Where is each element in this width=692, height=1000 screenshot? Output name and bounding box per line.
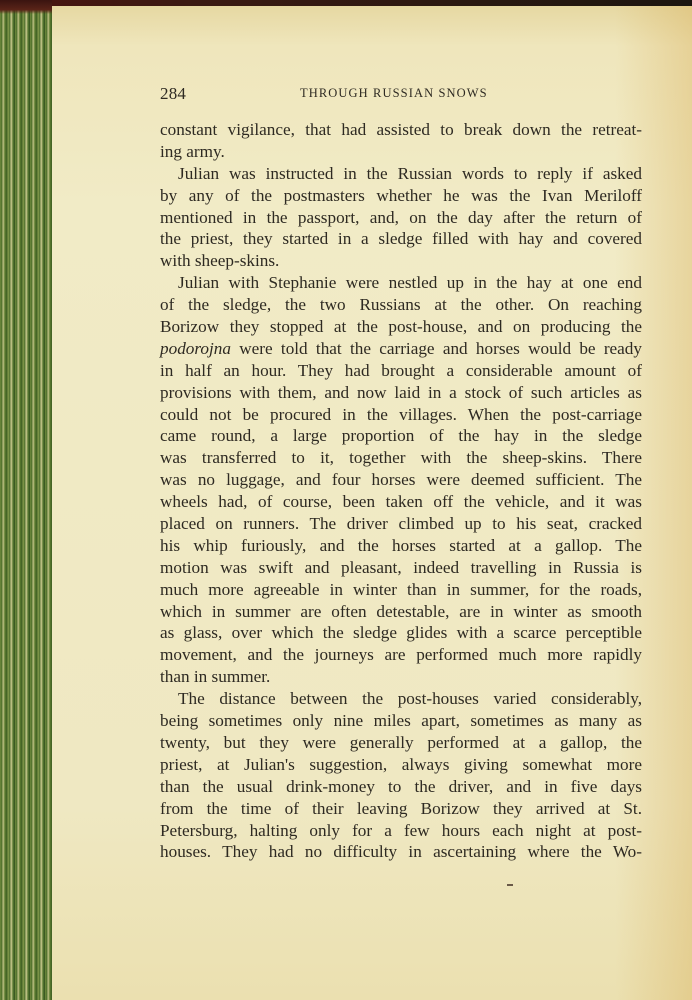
- text-line: than the usual drink-money to the driver…: [160, 776, 642, 798]
- text-line: constant vigilance, that had assisted to…: [160, 119, 642, 141]
- text-line: was transferred to it, together with the…: [160, 447, 642, 469]
- page-header: 284 THROUGH RUSSIAN SNOWS: [160, 84, 642, 108]
- page-sheet: 284 THROUGH RUSSIAN SNOWS constant vigil…: [52, 6, 692, 1000]
- running-head: THROUGH RUSSIAN SNOWS: [300, 86, 488, 101]
- text-line: with sheep-skins.: [160, 250, 642, 272]
- text-line: was no luggage, and four horses were dee…: [160, 469, 642, 491]
- scanned-book-page: 284 THROUGH RUSSIAN SNOWS constant vigil…: [0, 0, 692, 1000]
- text-line: movement, and the journeys are performed…: [160, 644, 642, 666]
- text-line: came round, a large proportion of the ha…: [160, 425, 642, 447]
- text-line: twenty, but they were generally performe…: [160, 732, 642, 754]
- text-line: in half an hour. They had brought a cons…: [160, 360, 642, 382]
- body-text: constant vigilance, that had assisted to…: [160, 119, 642, 863]
- text-line: Petersburg, halting only for a few hours…: [160, 820, 642, 842]
- text-line: wheels had, of course, been taken off th…: [160, 491, 642, 513]
- text-line: by any of the postmasters whether he was…: [160, 185, 642, 207]
- text-line: mentioned in the passport, and, on the d…: [160, 207, 642, 229]
- text-line: much more agreeable in winter than in su…: [160, 579, 642, 601]
- book-page-edges: [0, 0, 52, 1000]
- text-line: placed on runners. The driver climbed up…: [160, 513, 642, 535]
- italic-term: podorojna: [160, 339, 231, 358]
- text-line: podorojna were told that the carriage an…: [160, 338, 642, 360]
- text-line: Julian was instructed in the Russian wor…: [160, 163, 642, 185]
- text-line: could not be procured in the villages. W…: [160, 404, 642, 426]
- text-line: which in summer are often detestable, ar…: [160, 601, 642, 623]
- text-line: being sometimes only nine miles apart, s…: [160, 710, 642, 732]
- text-line: the priest, they started in a sledge fil…: [160, 228, 642, 250]
- text-line: priest, at Julian's suggestion, always g…: [160, 754, 642, 776]
- text-line: from the time of their leaving Borizow t…: [160, 798, 642, 820]
- text-line: his whip furiously, and the horses start…: [160, 535, 642, 557]
- page-number: 284: [160, 84, 186, 104]
- text-line: than in summer.: [160, 666, 642, 688]
- print-mark: [507, 884, 513, 886]
- text-line: motion was swift and pleasant, indeed tr…: [160, 557, 642, 579]
- text-line: Borizow they stopped at the post-house, …: [160, 316, 642, 338]
- text-line: as glass, over which the sledge glides w…: [160, 622, 642, 644]
- text-line: Julian with Stephanie were nestled up in…: [160, 272, 642, 294]
- text-line: of the sledge, the two Russians at the o…: [160, 294, 642, 316]
- text-line-rest: were told that the carriage and horses w…: [231, 339, 642, 358]
- text-line: provisions with them, and now laid in a …: [160, 382, 642, 404]
- text-line: The distance between the post-houses var…: [160, 688, 642, 710]
- text-line: houses. They had no difficulty in ascert…: [160, 841, 642, 863]
- text-line: ing army.: [160, 141, 642, 163]
